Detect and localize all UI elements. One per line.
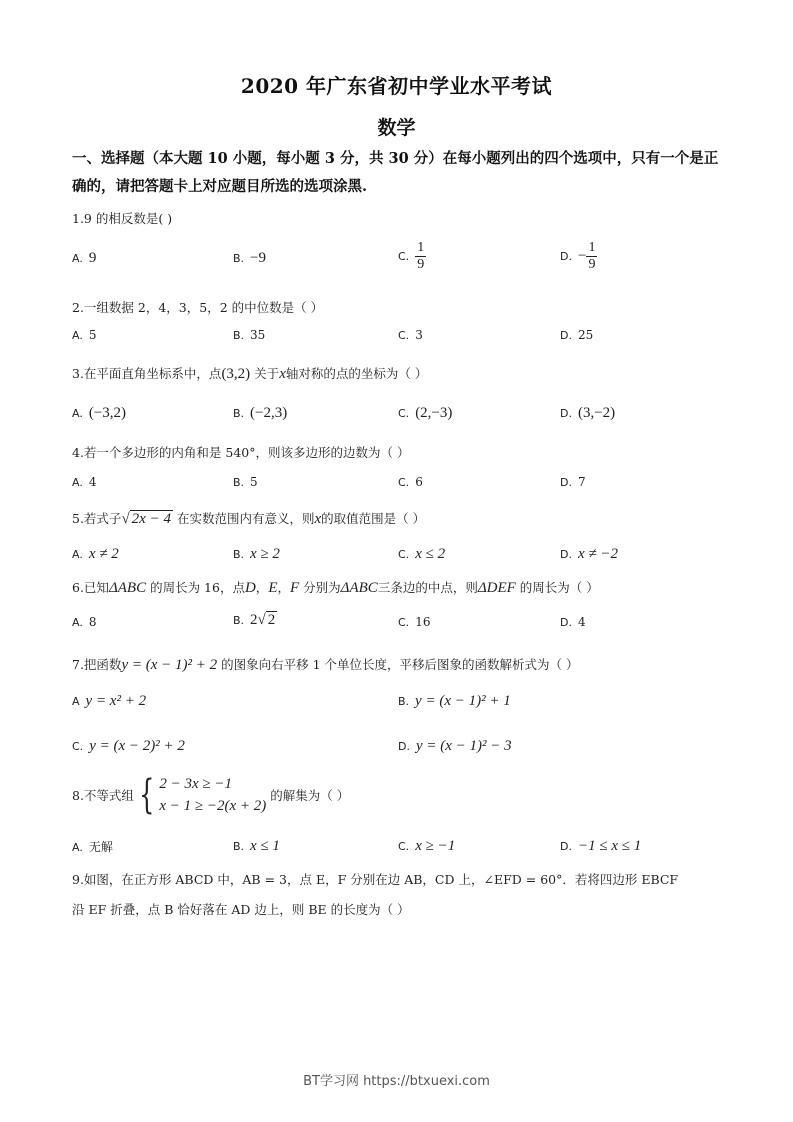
q4-option-c[interactable]: C.6 bbox=[398, 475, 423, 489]
q3-option-a[interactable]: A.(−3,2) bbox=[72, 405, 126, 422]
q6-option-b[interactable]: B.2√2 bbox=[233, 612, 277, 629]
exam-title: 2020 年广东省初中学业水平考试 bbox=[0, 70, 793, 99]
q2-option-c[interactable]: C.3 bbox=[398, 328, 423, 342]
q7-option-b[interactable]: B.y = (x − 1)² + 1 bbox=[398, 693, 511, 710]
q8-option-a[interactable]: A.无解 bbox=[72, 838, 113, 855]
q3-option-c[interactable]: C.(2,−3) bbox=[398, 405, 452, 422]
option-label: D. bbox=[560, 250, 572, 263]
q2-option-a[interactable]: A.5 bbox=[72, 328, 96, 342]
question-2-stem: 2.一组数据 2，4，3，5，2 的中位数是（ ） bbox=[72, 298, 323, 316]
exam-subject: 数学 bbox=[0, 113, 793, 140]
option-label: C. bbox=[398, 250, 409, 263]
q4-option-d[interactable]: D.7 bbox=[560, 475, 586, 489]
brace: { bbox=[139, 775, 154, 815]
q1-option-d[interactable]: D.−19 bbox=[560, 240, 597, 273]
q1-option-a[interactable]: A.9 bbox=[72, 250, 96, 267]
q8-option-b[interactable]: B.x ≤ 1 bbox=[233, 838, 280, 855]
q1-option-b[interactable]: B.−9 bbox=[233, 250, 266, 267]
fraction: 19 bbox=[586, 240, 597, 273]
q5-option-b[interactable]: B.x ≥ 2 bbox=[233, 546, 280, 563]
q5-option-a[interactable]: A.x ≠ 2 bbox=[72, 546, 119, 563]
question-1-stem: 1.9 的相反数是( ) bbox=[72, 209, 172, 227]
exam-page: 2020 年广东省初中学业水平考试 数学 一、选择题（本大题 10 小题，每小题… bbox=[0, 0, 793, 1122]
q5-option-d[interactable]: D.x ≠ −2 bbox=[560, 546, 618, 563]
q8-option-d[interactable]: D.−1 ≤ x ≤ 1 bbox=[560, 838, 641, 855]
q7-option-a[interactable]: Ay = x² + 2 bbox=[72, 693, 146, 710]
q2-option-b[interactable]: B.35 bbox=[233, 328, 265, 342]
question-5-stem: 5.若式子√2x − 4 在实数范围内有意义，则x的取值范围是（ ） bbox=[72, 509, 425, 528]
question-6-stem: 6.已知ΔABC 的周长为 16，点D，E，F 分别为ΔABC三条边的中点，则Δ… bbox=[72, 578, 599, 597]
question-9-line-2: 沿 EF 折叠，点 B 恰好落在 AD 边上，则 BE 的长度为（ ） bbox=[72, 900, 410, 918]
q6-option-d[interactable]: D.4 bbox=[560, 615, 586, 629]
question-9-line-1: 9.如图，在正方形 ABCD 中，AB = 3，点 E，F 分别在边 AB，CD… bbox=[72, 870, 678, 888]
section-heading: 一、选择题（本大题 10 小题，每小题 3 分，共 30 分）在每小题列出的四个… bbox=[72, 145, 732, 201]
q3-option-b[interactable]: B.(−2,3) bbox=[233, 405, 287, 422]
q8-option-c[interactable]: C.x ≥ −1 bbox=[398, 838, 455, 855]
q3-option-d[interactable]: D.(3,−2) bbox=[560, 405, 615, 422]
option-label: A. bbox=[72, 252, 83, 265]
question-7-stem: 7.把函数y = (x − 1)² + 2 的图象向右平移 1 个单位长度，平移… bbox=[72, 655, 578, 674]
square-root: √2x − 4 bbox=[121, 510, 173, 527]
q5-option-c[interactable]: C.x ≤ 2 bbox=[398, 546, 445, 563]
q7-option-c[interactable]: C.y = (x − 2)² + 2 bbox=[72, 738, 185, 755]
q7-option-d[interactable]: D.y = (x − 1)² − 3 bbox=[398, 738, 512, 755]
q6-option-a[interactable]: A.8 bbox=[72, 615, 96, 629]
q2-option-d[interactable]: D.25 bbox=[560, 328, 593, 342]
question-3-stem: 3.在平面直角坐标系中，点(3,2) 关于x轴对称的点的坐标为（ ） bbox=[72, 364, 427, 383]
inequality-system: 2 − 3x ≥ −1 x − 1 ≥ −2(x + 2) bbox=[159, 773, 266, 817]
q6-option-c[interactable]: C.16 bbox=[398, 615, 430, 629]
fraction: 19 bbox=[415, 240, 426, 273]
q1-option-c[interactable]: C.19 bbox=[398, 240, 426, 273]
q4-option-b[interactable]: B.5 bbox=[233, 475, 258, 489]
watermark-footer: BT学习网 https://btxuexi.com bbox=[0, 1070, 793, 1089]
q4-option-a[interactable]: A.4 bbox=[72, 475, 96, 489]
question-4-stem: 4.若一个多边形的内角和是 540°，则该多边形的边数为（ ） bbox=[72, 443, 409, 461]
question-8-stem: 8.不等式组 { 2 − 3x ≥ −1 x − 1 ≥ −2(x + 2) 的… bbox=[72, 773, 349, 817]
option-label: B. bbox=[233, 252, 244, 265]
square-root: √2 bbox=[258, 611, 278, 628]
